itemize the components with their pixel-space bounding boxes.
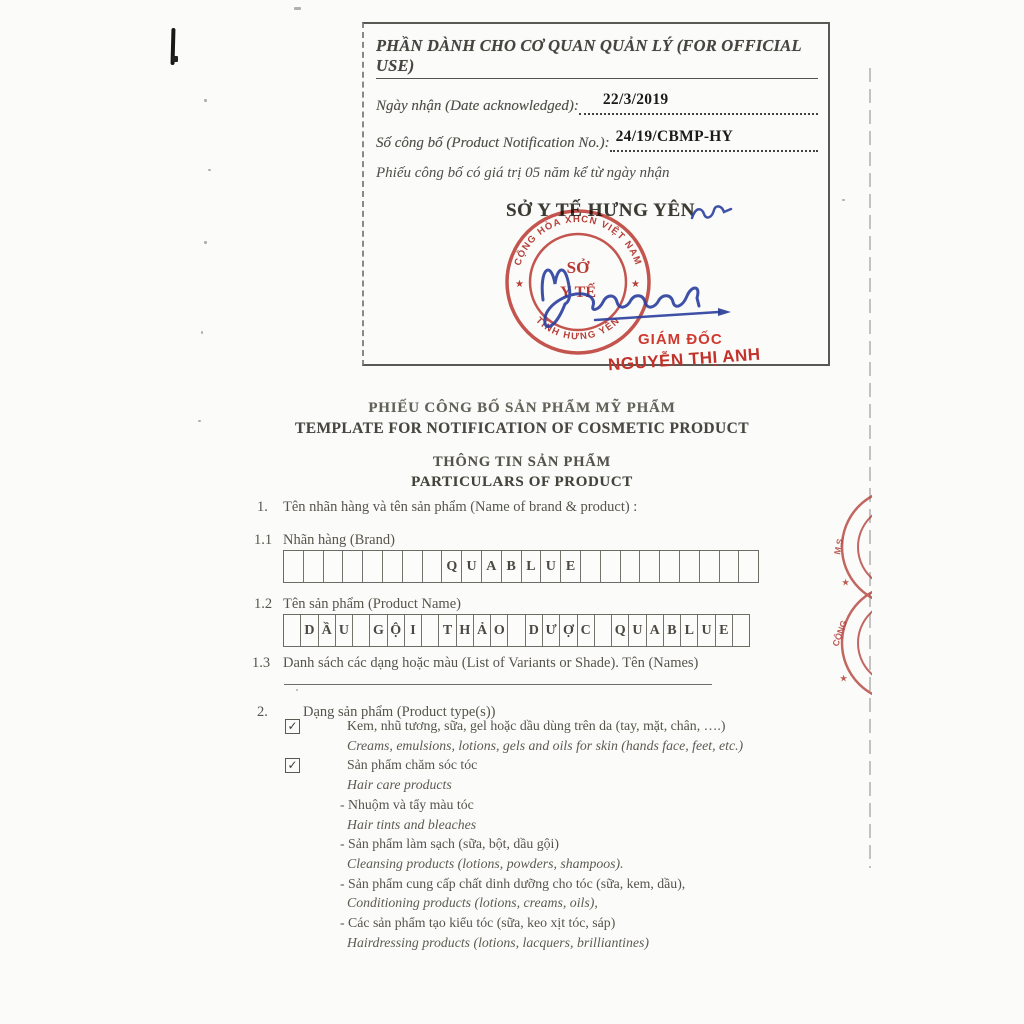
grid-cell: Ả: [474, 615, 491, 646]
grid-cell: T: [439, 615, 456, 646]
page-edge-line: [869, 68, 871, 868]
entry-text-english: Cleansing products (lotions, powders, sh…: [347, 854, 765, 874]
item-1-1-label: Nhãn hàng (Brand): [283, 532, 395, 549]
grid-cell: C: [578, 615, 595, 646]
grid-cell: A: [482, 551, 502, 582]
grid-cell: E: [561, 551, 581, 582]
grid-cell: Q: [612, 615, 629, 646]
scanned-document-page: { "official_box": { "title": "PHẦN DÀNH …: [0, 0, 1024, 1024]
grid-cell: [720, 551, 740, 582]
entry-text-english: Hairdressing products (lotions, lacquers…: [347, 933, 765, 953]
grid-cell: [403, 551, 423, 582]
item-1-3-label: Danh sách các dạng hoặc màu (List of Var…: [283, 655, 698, 672]
checked-checkbox-icon: ✓: [285, 719, 300, 734]
grid-cell: [660, 551, 680, 582]
entry-text-english: Creams, emulsions, lotions, gels and oil…: [347, 736, 765, 756]
grid-cell: I: [405, 615, 422, 646]
grid-cell: [304, 551, 324, 582]
scan-speck: [198, 420, 201, 422]
edge-stamp1-text: M.S.: [832, 535, 846, 555]
grid-cell: D: [526, 615, 543, 646]
title-vietnamese: PHIẾU CÔNG BỐ SẢN PHẨM MỸ PHẨM: [262, 400, 782, 417]
notification-no-row: Số công bố (Product Notification No.): 2…: [376, 131, 818, 152]
entry-text-english: Conditioning products (lotions, creams, …: [347, 893, 765, 913]
grid-cell: B: [664, 615, 681, 646]
scan-speck: [204, 241, 207, 244]
grid-cell: Ầ: [319, 615, 336, 646]
scan-speck: [201, 331, 203, 334]
grid-cell: [595, 615, 612, 646]
entry-text-vietnamese: - Sản phẩm cung cấp chất dinh dưỡng cho …: [340, 874, 765, 894]
section-title-vietnamese: THÔNG TIN SẢN PHẨM: [262, 454, 782, 471]
item-1-number: 1.: [257, 499, 268, 516]
product-type-checkbox-entry: ✓Sản phẩm chăm sóc tócHair care products: [285, 755, 765, 794]
grid-cell: Q: [442, 551, 462, 582]
date-dotted-line: 22/3/2019: [579, 94, 818, 115]
grid-cell: [621, 551, 641, 582]
entry-text-vietnamese: - Nhuộm và tẩy màu tóc: [340, 795, 765, 815]
checked-checkbox-icon: ✓: [285, 758, 300, 773]
grid-cell: [508, 615, 525, 646]
product-type-sub-entry: - Nhuộm và tẩy màu tócHair tints and ble…: [285, 795, 765, 834]
grid-cell: [680, 551, 700, 582]
grid-cell: D: [301, 615, 318, 646]
product-type-sub-entry: - Sản phẩm cung cấp chất dinh dưỡng cho …: [285, 874, 765, 913]
grid-cell: B: [502, 551, 522, 582]
grid-cell: [423, 551, 443, 582]
scan-speck: [294, 7, 301, 10]
date-acknowledged-row: Ngày nhận (Date acknowledged): 22/3/2019: [376, 94, 818, 115]
product-type-list: ✓Kem, nhũ tương, sữa, gel hoặc dầu dùng …: [285, 716, 765, 952]
edge-stamp2-text: CỘNG: [830, 619, 849, 648]
grid-cell: [284, 551, 304, 582]
grid-cell: [739, 551, 758, 582]
initial-squiggle: [688, 200, 736, 226]
entry-text-english: Hair care products: [347, 775, 765, 795]
item-1-1-number: 1.1: [254, 532, 272, 549]
grid-cell: H: [457, 615, 474, 646]
grid-cell: [640, 551, 660, 582]
signer-title: GIÁM ĐỐC: [638, 331, 723, 348]
official-use-title: PHẦN DÀNH CHO CƠ QUAN QUẢN LÝ (FOR OFFIC…: [376, 36, 818, 79]
grid-cell: [733, 615, 749, 646]
section-title-english: PARTICULARS OF PRODUCT: [262, 474, 782, 491]
entry-text-vietnamese: - Các sản phẩm tạo kiểu tóc (sữa, keo xị…: [340, 913, 765, 933]
grid-cell: A: [647, 615, 664, 646]
entry-text-vietnamese: Sản phẩm chăm sóc tóc: [347, 755, 765, 775]
signature-scribble: [525, 238, 735, 338]
grid-cell: [363, 551, 383, 582]
validity-note: Phiếu công bố có giá trị 05 năm kể từ ng…: [376, 165, 670, 182]
product-type-sub-entry: - Sản phẩm làm sạch (sữa, bột, dầu gội)C…: [285, 834, 765, 873]
product-name-grid: DẦUGỘITHẢODƯỢCQUABLUE: [283, 614, 750, 647]
scan-speck: [172, 56, 178, 62]
title-english: TEMPLATE FOR NOTIFICATION OF COSMETIC PR…: [262, 420, 782, 438]
grid-cell: [700, 551, 720, 582]
grid-cell: U: [698, 615, 715, 646]
edge-stamp1-star-icon: ★: [842, 578, 850, 587]
item-1-2-number: 1.2: [254, 596, 272, 613]
grid-cell: [324, 551, 344, 582]
notification-no-value: 24/19/CBMP-HY: [616, 128, 734, 146]
grid-cell: [383, 551, 403, 582]
grid-cell: U: [541, 551, 561, 582]
grid-cell: [353, 615, 370, 646]
grid-cell: Ư: [543, 615, 560, 646]
date-acknowledged-label: Ngày nhận (Date acknowledged):: [376, 98, 579, 115]
grid-cell: Ộ: [388, 615, 405, 646]
grid-cell: G: [370, 615, 387, 646]
entry-text-english: Hair tints and bleaches: [347, 815, 765, 835]
edge-partial-stamps: M.S. ★ CỘNG ★: [830, 485, 872, 717]
entry-text-vietnamese: - Sản phẩm làm sạch (sữa, bột, dầu gội): [340, 834, 765, 854]
item-1-2-label: Tên sản phẩm (Product Name): [283, 596, 461, 613]
item-1-3-number: 1.3: [252, 655, 270, 672]
notification-dotted-line: 24/19/CBMP-HY: [610, 131, 818, 152]
notification-no-label: Số công bố (Product Notification No.):: [376, 135, 610, 152]
product-type-checkbox-entry: ✓Kem, nhũ tương, sữa, gel hoặc dầu dùng …: [285, 716, 765, 755]
brand-grid: QUABLUE: [283, 550, 759, 583]
grid-cell: [422, 615, 439, 646]
scan-speck: [296, 689, 298, 691]
item-2-number: 2.: [257, 704, 268, 721]
variants-blank-line: [284, 684, 712, 685]
grid-cell: Ợ: [560, 615, 577, 646]
grid-cell: U: [462, 551, 482, 582]
grid-cell: [601, 551, 621, 582]
grid-cell: U: [336, 615, 353, 646]
item-1-label: Tên nhãn hàng và tên sản phẩm (Name of b…: [283, 499, 637, 516]
scan-speck: [842, 199, 845, 201]
scan-speck: [208, 169, 211, 171]
grid-cell: U: [629, 615, 646, 646]
grid-cell: O: [491, 615, 508, 646]
stamp-star-left-icon: ★: [515, 279, 524, 290]
product-type-sub-entry: - Các sản phẩm tạo kiểu tóc (sữa, keo xị…: [285, 913, 765, 952]
scan-speck: [204, 99, 207, 102]
date-acknowledged-value: 22/3/2019: [603, 91, 669, 109]
grid-cell: [343, 551, 363, 582]
grid-cell: [284, 615, 301, 646]
grid-cell: [581, 551, 601, 582]
grid-cell: E: [716, 615, 733, 646]
edge-stamp2-star-icon: ★: [840, 674, 848, 683]
document-titles: PHIẾU CÔNG BỐ SẢN PHẨM MỸ PHẨM TEMPLATE …: [262, 400, 782, 491]
grid-cell: L: [522, 551, 542, 582]
entry-text-vietnamese: Kem, nhũ tương, sữa, gel hoặc dầu dùng t…: [347, 716, 765, 736]
grid-cell: L: [681, 615, 698, 646]
